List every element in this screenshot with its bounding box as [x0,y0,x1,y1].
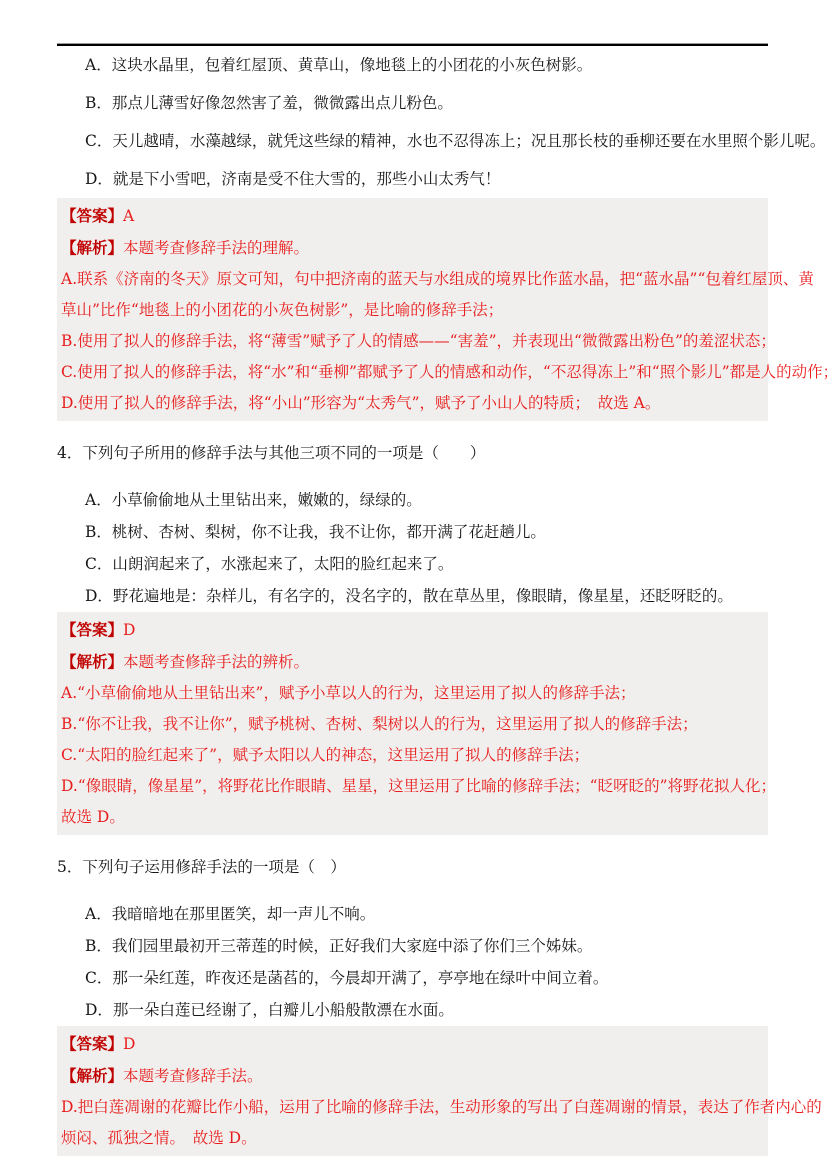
q5-option-A: A．我暗暗地在那里匿笑，却一声儿不响。 [57,898,768,930]
q4-answer-label: 【答案】 [61,620,123,639]
q4-analysis-label: 【解析】 [61,652,123,671]
q5-explanation-line-1: D.把白莲凋谢的花瓣比作小船，运用了比喻的修辞手法，生动形象的写出了白莲凋谢的情… [61,1092,768,1123]
q3-explanation-line-5: D.使用了拟人的修辞手法，将“小山”形容为“太秀气”，赋予了小山人的特质； 故选… [61,388,768,419]
q5-analysis-line: 【解析】本题考查修辞手法。 [61,1060,768,1092]
q4-analysis-text: 本题考查修辞手法的辨析。 [123,653,309,671]
q4-answer-value: D [123,621,135,639]
q4-explanation-line-1: A.“小草偷偷地从土里钻出来”，赋予小草以人的行为，这里运用了拟人的修辞手法； [61,678,768,709]
q3-analysis-text: 本题考查修辞手法的理解。 [123,239,309,257]
q5-analysis-label: 【解析】 [61,1066,123,1085]
q4-analysis-line: 【解析】本题考查修辞手法的辨析。 [61,646,768,678]
q5-answer-block: 【答案】D 【解析】本题考查修辞手法。 D.把白莲凋谢的花瓣比作小船，运用了比喻… [57,1026,768,1156]
q4-explanation-line-3: C.“太阳的脸红起来了”，赋予太阳以人的神态，这里运用了拟人的修辞手法； [61,740,768,771]
q4-answer-line: 【答案】D [61,614,768,646]
q3-analysis-label: 【解析】 [61,238,123,257]
page-content: A．这块水晶里，包着红屋顶、黄草山，像地毯上的小团花的小灰色树影。 B．那点儿薄… [57,43,768,1156]
q4-option-C: C．山朗润起来了，水涨起来了，太阳的脸红起来了。 [57,548,768,580]
q4-explanation-line-4: D.“像眼睛，像星星”，将野花比作眼睛、星星，这里运用了比喻的修辞手法；“眨呀眨… [61,771,768,802]
q4-option-A: A．小草偷偷地从土里钻出来，嫩嫩的，绿绿的。 [57,484,768,516]
q5-answer-line: 【答案】D [61,1028,768,1060]
q4-section: 4．下列句子所用的修辞手法与其他三项不同的一项是（ ） A．小草偷偷地从土里钻出… [57,437,768,613]
q5-explanation-line-2: 烦闷、孤独之情。 故选 D。 [61,1123,768,1154]
q4-explanation-line-5: 故选 D。 [61,802,768,833]
q5-stem: 5．下列句子运用修辞手法的一项是（ ） [57,851,768,883]
q3-explanation-line-1: A.联系《济南的冬天》原文可知，句中把济南的蓝天与水组成的境界比作蓝水晶，把“蓝… [61,264,768,295]
q5-option-D: D．那一朵白莲已经谢了，白瓣儿小船般散漂在水面。 [57,994,768,1026]
q5-answer-label: 【答案】 [61,1034,123,1053]
q3-options: A．这块水晶里，包着红屋顶、黄草山，像地毯上的小团花的小灰色树影。 B．那点儿薄… [57,46,768,198]
q3-option-B: B．那点儿薄雪好像忽然害了羞，微微露出点儿粉色。 [57,84,768,122]
q5-answer-value: D [123,1035,135,1053]
q3-analysis-line: 【解析】本题考查修辞手法的理解。 [61,232,768,264]
q3-explanation-line-4: C.使用了拟人的修辞手法，将“水”和“垂柳”都赋予了人的情感和动作，“不忍得冻上… [61,357,768,388]
q3-option-D: D．就是下小雪吧，济南是受不住大雪的，那些小山太秀气！ [57,160,768,198]
q5-section: 5．下列句子运用修辞手法的一项是（ ） A．我暗暗地在那里匿笑，却一声儿不响。 … [57,851,768,1027]
q5-analysis-text: 本题考查修辞手法。 [123,1067,263,1085]
document-page: A．这块水晶里，包着红屋顶、黄草山，像地毯上的小团花的小灰色树影。 B．那点儿薄… [0,0,827,1169]
q3-answer-label: 【答案】 [61,206,123,225]
q4-stem: 4．下列句子所用的修辞手法与其他三项不同的一项是（ ） [57,437,768,469]
q5-option-C: C．那一朵红莲，昨夜还是菡萏的，今晨却开满了，亭亭地在绿叶中间立着。 [57,962,768,994]
q4-explanation-line-2: B.“你不让我，我不让你”，赋予桃树、杏树、梨树以人的行为，这里运用了拟人的修辞… [61,709,768,740]
q3-answer-value: A [123,207,134,225]
q3-answer-line: 【答案】A [61,200,768,232]
q3-option-C: C．天儿越晴，水藻越绿，就凭这些绿的精神，水也不忍得冻上；况且那长枝的垂柳还要在… [57,122,768,160]
q4-option-B: B．桃树、杏树、梨树，你不让我，我不让你，都开满了花赶趟儿。 [57,516,768,548]
q3-option-A: A．这块水晶里，包着红屋顶、黄草山，像地毯上的小团花的小灰色树影。 [57,46,768,84]
q3-explanation-line-3: B.使用了拟人的修辞手法，将“薄雪”赋予了人的情感——“害羞”，并表现出“微微露… [61,326,768,357]
q5-option-B: B．我们园里最初开三蒂莲的时候，正好我们大家庭中添了你们三个姊妹。 [57,930,768,962]
q4-option-D: D．野花遍地是：杂样儿，有名字的，没名字的，散在草丛里，像眼睛，像星星，还眨呀眨… [57,580,768,612]
q3-answer-block: 【答案】A 【解析】本题考查修辞手法的理解。 A.联系《济南的冬天》原文可知，句… [57,198,768,421]
q4-answer-block: 【答案】D 【解析】本题考查修辞手法的辨析。 A.“小草偷偷地从土里钻出来”，赋… [57,612,768,835]
q3-explanation-line-2: 草山”比作“地毯上的小团花的小灰色树影”，是比喻的修辞手法； [61,295,768,326]
